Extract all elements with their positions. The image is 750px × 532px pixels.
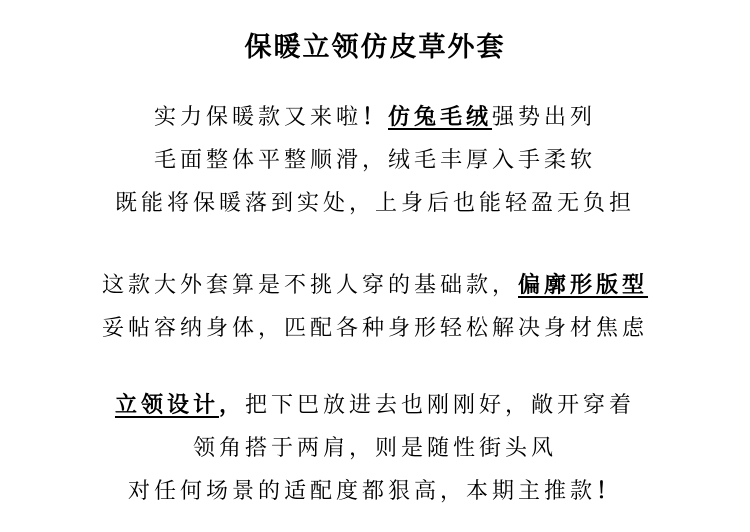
text-line: 对任何场景的适配度都狠高，本期主推款！	[0, 469, 750, 512]
text-segment: 领角搭于两肩，则是随性街头风	[193, 435, 557, 460]
text-line: 领角搭于两肩，则是随性街头风	[0, 426, 750, 469]
product-description-page: 保暖立领仿皮草外套 实力保暖款又来啦！仿兔毛绒强势出列 毛面整体平整顺滑，绒毛丰…	[0, 0, 750, 532]
exclamation-mark: ！	[596, 478, 622, 503]
text-segment: 实力保暖款又来啦	[154, 104, 362, 129]
highlight-term-stand-collar: 立领设计	[115, 392, 219, 417]
highlight-term-faux-rabbit-fur: 仿兔毛绒	[388, 104, 492, 129]
text-segment: 对任何场景的适配度都狠高，本期主推款	[128, 478, 596, 503]
paragraph-warmth: 实力保暖款又来啦！仿兔毛绒强势出列 毛面整体平整顺滑，绒毛丰厚入手柔软 既能将保…	[0, 95, 750, 224]
text-line: 实力保暖款又来啦！仿兔毛绒强势出列	[0, 95, 750, 138]
text-line: 既能将保暖落到实处，上身后也能轻盈无负担	[0, 181, 750, 224]
text-line: 这款大外套算是不挑人穿的基础款，偏廓形版型	[0, 263, 750, 306]
text-line: 立领设计，把下巴放进去也刚刚好，敞开穿着	[0, 383, 750, 426]
text-line: 毛面整体平整顺滑，绒毛丰厚入手柔软	[0, 138, 750, 181]
exclamation-mark: ！	[362, 104, 388, 129]
paragraph-silhouette: 这款大外套算是不挑人穿的基础款，偏廓形版型 妥帖容纳身体，匹配各种身形轻松解决身…	[0, 263, 750, 349]
comma-mark: ，	[219, 392, 245, 417]
text-segment: 这款大外套算是不挑人穿的基础款，	[102, 272, 518, 297]
text-segment: 把下巴放进去也刚刚好，敞开穿着	[245, 392, 635, 417]
highlight-term-oversized-fit: 偏廓形版型	[518, 272, 648, 297]
text-segment: 强势出列	[492, 104, 596, 129]
text-segment: 毛面整体平整顺滑，绒毛丰厚入手柔软	[154, 147, 596, 172]
text-segment: 既能将保暖落到实处，上身后也能轻盈无负担	[115, 190, 635, 215]
text-segment: 妥帖容纳身体，匹配各种身形轻松解决身材焦虑	[102, 315, 648, 340]
paragraph-collar: 立领设计，把下巴放进去也刚刚好，敞开穿着 领角搭于两肩，则是随性街头风 对任何场…	[0, 383, 750, 512]
page-title: 保暖立领仿皮草外套	[0, 0, 750, 64]
text-line: 妥帖容纳身体，匹配各种身形轻松解决身材焦虑	[0, 306, 750, 349]
